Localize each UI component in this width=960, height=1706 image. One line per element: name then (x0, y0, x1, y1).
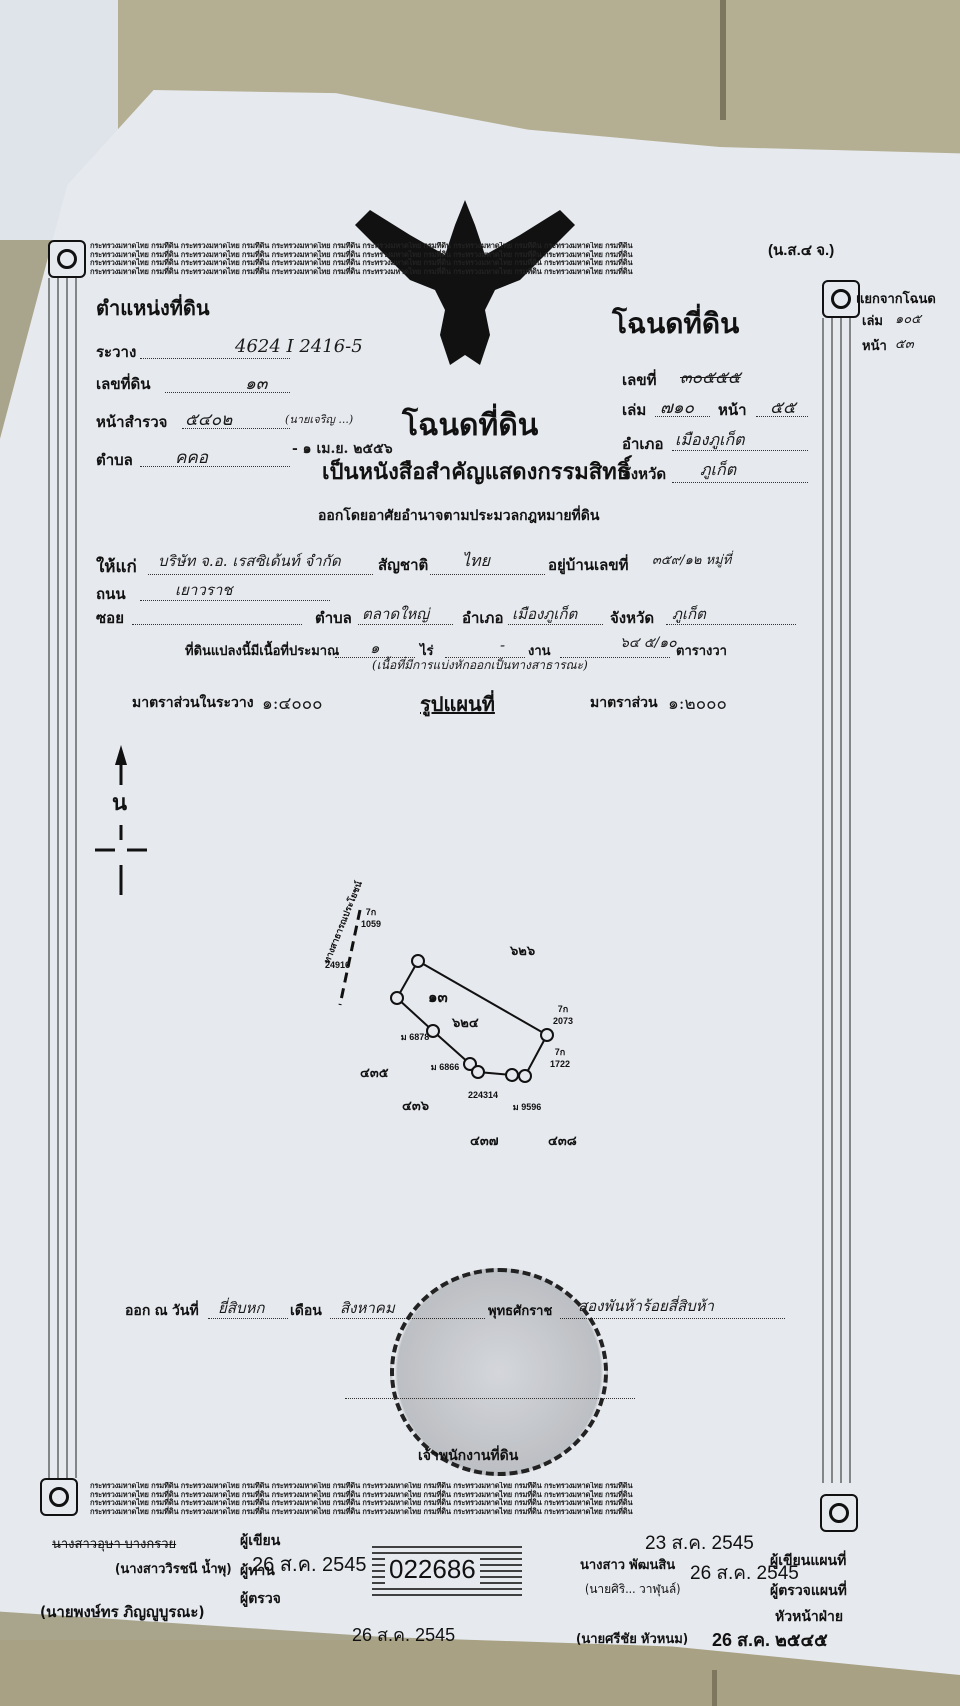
map-writer-name: นางสาว พัฒนสิน (580, 1554, 675, 1575)
map-mark: ม 6866 (430, 1060, 460, 1074)
owner-value: บริษัท จ.อ. เรสซิเด้นท์ จำกัด (158, 549, 341, 573)
map-mark: 224314 (468, 1090, 498, 1100)
map-mark: 7ก 1722 (545, 1045, 575, 1069)
survey-page-label: หน้าสำรวจ (96, 410, 167, 434)
verifier-name: (นายพงษ์ทร ภิญญูบูรณะ) (40, 1600, 205, 1624)
sheet-value: 4624 I 2416-5 (235, 336, 363, 357)
volume-label: เล่ม (622, 398, 646, 422)
document-title: โฉนดที่ดิน (402, 402, 538, 449)
security-band-right (822, 318, 858, 1483)
annotation-name: (นายเจริญ ...) (285, 410, 353, 428)
officer-title: เจ้าพนักงานที่ดิน (418, 1445, 518, 1467)
split-page-label: หน้า (862, 335, 887, 356)
nationality-label: สัญชาติ (378, 553, 428, 577)
deed-no-label: เลขที่ (622, 368, 656, 392)
owner-district-label: อำเภอ (462, 606, 503, 630)
land-location-heading: ตำแหน่งที่ดิน (96, 292, 210, 324)
province-value: ภูเก็ต (700, 458, 736, 483)
corner-ornament-icon (822, 280, 860, 318)
map-mark: 7ก 2073 (548, 1002, 578, 1026)
map-checker-role: ผู้ตรวจแผนที่ (770, 1580, 847, 1602)
signature-line (345, 1398, 635, 1399)
district-label: อำเภอ (622, 432, 663, 456)
dotted-line (672, 482, 808, 483)
owner-label: ให้แก่ (96, 553, 137, 580)
dotted-line (560, 1318, 785, 1319)
writer-name: นางสาวอุษา บางกรวย (52, 1533, 176, 1554)
parcel-no-label: เลขที่ดิน (96, 372, 150, 396)
dotted-line (132, 624, 302, 625)
page-label: หน้า (718, 398, 747, 422)
area-ngan-value: - (500, 636, 505, 654)
security-band-top: กระทรวงมหาดไทย กรมที่ดิน กระทรวงมหาดไทย … (90, 242, 820, 278)
issue-month-label: เดือน (290, 1300, 322, 1322)
area-note: (เนื้อที่มีการแบ่งหักออกเป็นทางสาธารณะ) (372, 656, 588, 675)
security-band-left (48, 278, 84, 1478)
survey-page-value: ๕๔๐๒ (185, 406, 232, 433)
map-title: รูปแผนที่ (420, 688, 495, 720)
area-label: ที่ดินแปลงนี้มีเนื้อที่ประมาณ (185, 640, 339, 661)
north-arrow-icon (95, 745, 155, 895)
checker-name: (นางสาววิรชนี น้ำพุ) (115, 1558, 232, 1579)
owner-subdistrict-label: ตำบล (315, 606, 352, 630)
issued-by-text: ออกโดยอาศัยอำนาจตามประมวลกฎหมายที่ดิน (318, 505, 599, 527)
serial-number: 022686 (385, 1554, 480, 1585)
sheet-scale-label: มาตราส่วนในระวาง (132, 692, 254, 714)
owner-subdistrict-value: ตลาดใหญ่ (362, 602, 429, 626)
owner-province-value: ภูเก็ต (672, 602, 706, 626)
address-label: อยู่บ้านเลขที่ (548, 553, 628, 577)
volume-value: ๗๑๐ (660, 394, 694, 421)
map-scale-value: ๑:๒๐๐๐ (668, 690, 727, 717)
footer-date-2: 26 ส.ค. 2545 (352, 1620, 455, 1649)
head-name: (นายศรีชัย หัวหนม) (576, 1628, 688, 1649)
split-volume-label: เล่ม (862, 310, 883, 331)
map-mark: ๖๒๖ (510, 940, 535, 961)
tile-joint (712, 1670, 717, 1706)
corner-ornament-icon (40, 1478, 78, 1516)
map-mark: ๔๓๘ (548, 1130, 577, 1151)
map-mark: ม 9596 (512, 1100, 542, 1114)
issue-label: ออก ณ วันที่ (125, 1300, 199, 1322)
footer-date-1: 26 ส.ค. 2545 (252, 1548, 367, 1580)
dotted-line (140, 600, 330, 601)
sheet-scale-value: ๑:๔๐๐๐ (262, 690, 323, 717)
map-mark: ม 6878 (400, 1030, 430, 1044)
map-mark: ๔๓๖ (402, 1095, 429, 1116)
road-label: ถนน (96, 582, 126, 606)
parcel-number: ๑๓ (428, 985, 448, 1009)
map-mark: 7ก 1059 (356, 905, 386, 929)
garuda-emblem-icon (350, 195, 580, 370)
map-scale-label: มาตราส่วน (590, 692, 658, 714)
issue-month: สิงหาคม (340, 1296, 395, 1320)
split-volume-value: ๑๐๕ (895, 308, 921, 329)
road-value: เยาวราช (175, 578, 232, 602)
parcel-no-value: ๑๓ (245, 370, 267, 397)
dotted-line (140, 466, 290, 467)
north-label: น (112, 785, 127, 820)
map-mark: 24916 (325, 960, 350, 970)
issue-day: ยี่สิบหก (218, 1296, 264, 1320)
tile-joint (720, 0, 726, 120)
area-wa-value: ๖๔ ๕/๑๐ (620, 632, 677, 654)
dotted-line (148, 574, 373, 575)
parcel-area-code: ๖๒๔ (452, 1012, 479, 1033)
district-value: เมืองภูเก็ต (675, 428, 745, 453)
dotted-line (430, 574, 545, 575)
owner-district-value: เมืองภูเก็ต (512, 602, 577, 626)
verifier-role: ผู้ตรวจ (240, 1588, 281, 1610)
map-mark: ๔๓๗ (470, 1130, 499, 1151)
page-value: ๕๕ (770, 394, 796, 421)
document-subtitle: เป็นหนังสือสำคัญแสดงกรรมสิทธิ์ (322, 454, 630, 489)
footer-right-date-bottom: 26 ส.ค. ๒๕๔๕ (712, 1625, 828, 1654)
map-checker-name: (นายศิริ... วาฬุนล์) (585, 1580, 680, 1599)
subdistrict-label: ตำบล (96, 448, 133, 472)
area-wa-label: ตารางวา (676, 640, 727, 661)
address-value: ๓๕๙/๑๒ หมู่ที่ (652, 549, 731, 570)
security-band-bottom: กระทรวงมหาดไทย กรมที่ดิน กระทรวงมหาดไทย … (90, 1482, 820, 1518)
issue-year: สองพันห้าร้อยสี่สิบห้า (578, 1294, 714, 1318)
dotted-line (165, 392, 290, 393)
split-page-value: ๕๓ (895, 333, 914, 354)
sheet-label: ระวาง (96, 340, 136, 364)
split-from-label: แยกจากโฉนด (856, 288, 936, 309)
deed-heading: โฉนดที่ดิน (612, 302, 739, 346)
soi-label: ซอย (96, 606, 124, 630)
corner-ornament-icon (820, 1494, 858, 1532)
deed-no-value: ๓๐๕๕๕ (680, 364, 741, 391)
dotted-line (140, 358, 290, 359)
map-mark: ๔๓๕ (360, 1062, 389, 1083)
subdistrict-value: คคอ (175, 444, 208, 471)
corner-ornament-icon (48, 240, 86, 278)
owner-province-label: จังหวัด (610, 606, 654, 630)
nationality-value: ไทย (462, 549, 490, 574)
